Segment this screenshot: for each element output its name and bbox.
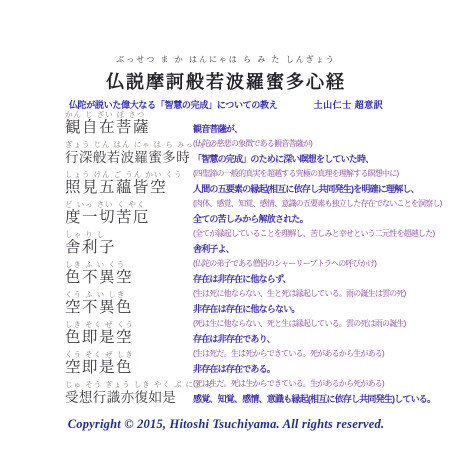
- copyright-notice: Copyright © 2015, Hitoshi Tsuchiyama. Al…: [68, 417, 385, 431]
- verse-original-text: 色不異空: [65, 265, 133, 287]
- document-footer: Copyright © 2015, Hitoshi Tsuchiyama. Al…: [0, 415, 452, 433]
- verse-original-text: 舎利子: [65, 235, 116, 257]
- sutra-entry: しき ふ い くう (仏陀の弟子である僧侶のシャーリープトラへの呼びかけ) 色不…: [65, 258, 452, 288]
- sutra-entry: くう そく ぜ しき (生は死だ。生は死からできている。死があるから生がある) …: [65, 348, 452, 378]
- sutra-entry: しき そく ぜ くう (死は生に他ならない、死と生は縁起している。雲の死は雨の誕…: [65, 318, 452, 348]
- verse-explanation-note: (全てが縁起していることを理解し、苦しみと幸せという二元性を超越した): [193, 228, 434, 239]
- sutra-entry: ぎょう じん はん にゃ は ら みっ た に (仏陀の慈悲の象徴である観音菩薩…: [65, 138, 452, 168]
- verse-row: 空不異色 非存在は存在に他ならない。: [65, 300, 452, 318]
- verse-translation: 感覚、知覚、感情、意識も縁起(相互に依存し共同発生)している。: [193, 392, 435, 405]
- verse-translation: 人間の五要素の縁起(相互に依存し共同発生)を明確に理解し、: [193, 182, 419, 195]
- sutra-entry: かん じ ざい ぼ さつ 観自在菩薩 観音菩薩が、: [65, 108, 452, 138]
- verse-original-text: 空即是色: [65, 355, 133, 377]
- verse-explanation-note: (肉体、感覚、知覚、感情、意識の五要素も独立した存在でないことを洞察し): [193, 198, 442, 209]
- verse-translation: 非存在は存在に他ならない。: [193, 302, 300, 315]
- sutra-verse-list: かん じ ざい ぼ さつ 観自在菩薩 観音菩薩が、 ぎょう じん はん にゃ は…: [65, 108, 452, 408]
- verse-explanation-note: (生は死だ。生は死からできている。死があるから生がある): [193, 348, 384, 359]
- verse-explanation-note: (仏陀の慈悲の象徴である観音菩薩が): [193, 138, 312, 149]
- sutra-document-page: ぶっせつ ま か はんにゃは ら み た しんぎょう 仏説摩訶般若波羅蜜多心経 …: [0, 0, 452, 452]
- verse-original-text: 照見五蘊皆空: [65, 175, 167, 197]
- verse-original-text: 度一切苦厄: [65, 205, 150, 227]
- verse-row: 色即是空 存在は非存在であり、: [65, 330, 452, 348]
- verse-explanation-note: (仏陀の弟子である僧侶のシャーリープトラへの呼びかけ): [193, 258, 376, 269]
- verse-original-text: 受想行識亦復如是: [65, 386, 176, 406]
- verse-row: 色不異空 存在は非存在に他ならず、: [65, 270, 452, 288]
- page-title: 仏説摩訶般若波羅蜜多心経: [0, 68, 452, 94]
- verse-row: 受想行識亦復如是 感覚、知覚、感情、意識も縁起(相互に依存し共同発生)している。: [65, 390, 452, 408]
- verse-row: 行深般若波羅蜜多時 「智慧の完成」のために深い瞑想をしていた時、: [65, 150, 452, 168]
- verse-translation: 存在は非存在であり、: [193, 332, 275, 345]
- verse-original-text: 色即是空: [65, 325, 133, 347]
- verse-translation: 存在は非存在に他ならず、: [193, 272, 291, 285]
- verse-row: 観自在菩薩 観音菩薩が、: [65, 120, 452, 138]
- furigana-row: しゃ り し (全てが縁起していることを理解し、苦しみと幸せという二元性を超越し…: [65, 228, 452, 240]
- verse-translation: 観音菩薩が、: [193, 122, 242, 135]
- verse-explanation-note: (死は生だ。死は生からできている。生があるから死がある): [193, 378, 384, 389]
- verse-explanation-note: (四聖諦の一般的真実を超越する究極の真理を理解する瞑想中に): [193, 168, 398, 179]
- sutra-entry: しゃ り し (全てが縁起していることを理解し、苦しみと幸せという二元性を超越し…: [65, 228, 452, 258]
- verse-original-text: 観自在菩薩: [65, 115, 150, 137]
- title-furigana: ぶっせつ ま か はんにゃは ら み た しんぎょう: [0, 54, 452, 65]
- verse-translation: 非存在は存在である。: [193, 362, 275, 375]
- sutra-entry: くう ふ い しき (生は死に他ならない、生と死は縁起している。雨の誕生は雲の死…: [65, 288, 452, 318]
- verse-original-text: 行深般若波羅蜜多時: [65, 146, 190, 166]
- verse-row: 度一切苦厄 全ての苦しみから解放された。: [65, 210, 452, 228]
- verse-translation: 「智慧の完成」のために深い瞑想をしていた時、: [193, 152, 373, 165]
- sutra-entry: じゅ そう ぎょう しき やく ぶ にょ ぜ (死は生だ。死は生からできている。…: [65, 378, 452, 408]
- document-header: ぶっせつ ま か はんにゃは ら み た しんぎょう 仏説摩訶般若波羅蜜多心経 …: [0, 54, 452, 111]
- verse-translation: 全ての苦しみから解放された。: [193, 212, 308, 225]
- sutra-entry: しょう けん ご うん かい くう (四聖諦の一般的真実を超越する究極の真理を理…: [65, 168, 452, 198]
- sutra-entry: ど いっ さい く やく (肉体、感覚、知覚、感情、意識の五要素も独立した存在で…: [65, 198, 452, 228]
- verse-explanation-note: (死は生に他ならない、死と生は縁起している。雲の死は雨の誕生): [193, 318, 406, 329]
- verse-row: 空即是色 非存在は存在である。: [65, 360, 452, 378]
- verse-row: 舎利子 舎利子よ、: [65, 240, 452, 258]
- verse-original-text: 空不異色: [65, 295, 133, 317]
- verse-explanation-note: (生は死に他ならない、生と死は縁起している。雨の誕生は雲の死): [193, 288, 406, 299]
- verse-row: 照見五蘊皆空 人間の五要素の縁起(相互に依存し共同発生)を明確に理解し、: [65, 180, 452, 198]
- verse-translation: 舎利子よ、: [193, 242, 234, 255]
